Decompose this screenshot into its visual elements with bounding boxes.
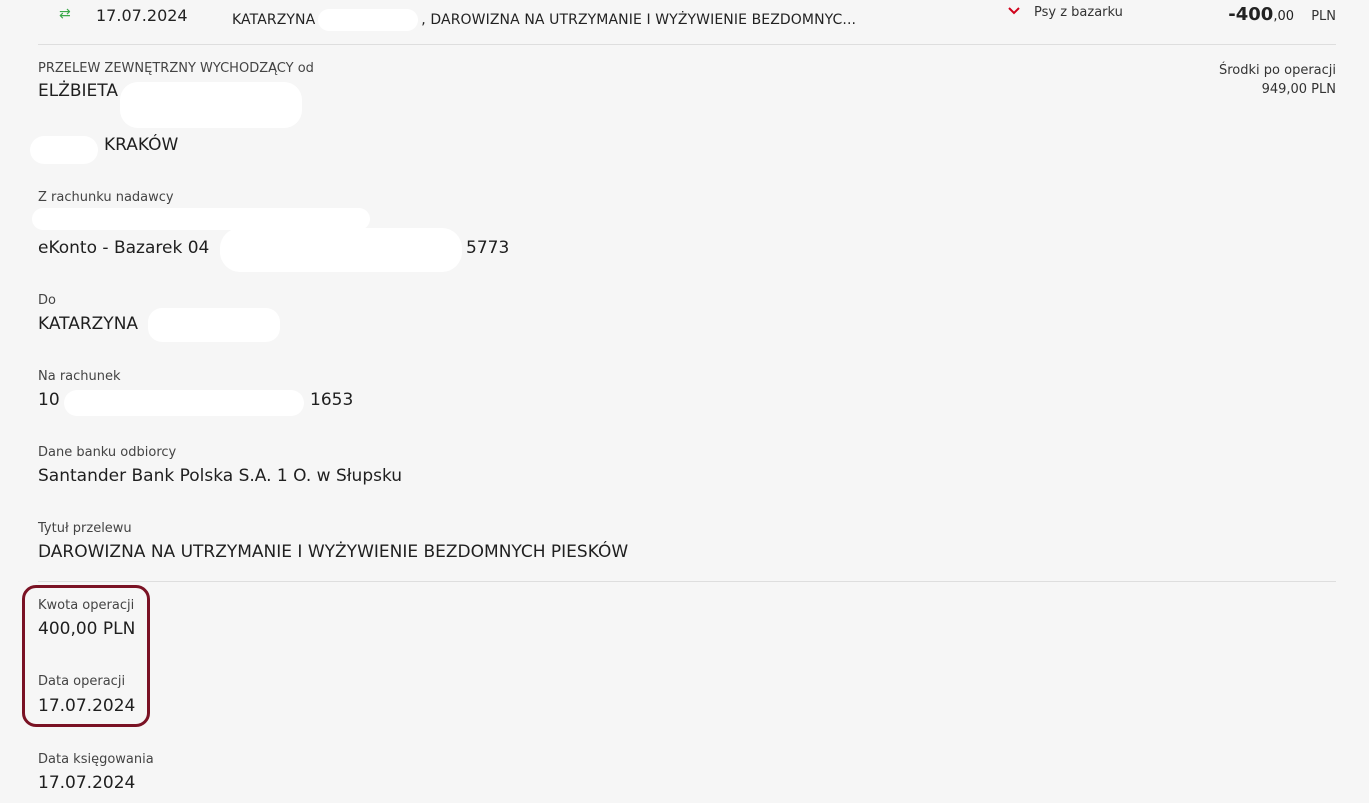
redacted-mask: [64, 390, 304, 416]
operation-date-label: Data operacji: [38, 674, 125, 689]
chevron-down-icon[interactable]: [1006, 2, 1022, 20]
amount-decimal: ,00: [1273, 9, 1294, 24]
booking-date-value: 17.07.2024: [38, 773, 135, 793]
balance-value: 949,00 PLN: [1262, 82, 1336, 97]
redacted-mask: [318, 9, 418, 31]
redacted-mask: [32, 208, 370, 230]
amount-integer: -400: [1228, 4, 1273, 25]
from-account-name: eKonto - Bazarek 04: [38, 238, 209, 258]
title-label: Tytuł przelewu: [38, 521, 132, 536]
bank-value: Santander Bank Polska S.A. 1 O. w Słupsk…: [38, 466, 402, 486]
transaction-amount: -400,00: [1228, 4, 1294, 25]
amount-label: Kwota operacji: [38, 598, 134, 613]
redacted-mask: [30, 136, 98, 164]
amount-currency: PLN: [1311, 9, 1336, 24]
from-account-label: Z rachunku nadawcy: [38, 190, 174, 205]
to-label: Do: [38, 293, 56, 308]
operation-date-value: 17.07.2024: [38, 696, 135, 716]
amount-value: 400,00 PLN: [38, 619, 135, 639]
bank-label: Dane banku odbiorcy: [38, 445, 176, 460]
from-account-suffix: 5773: [466, 238, 509, 258]
category-label: Psy z bazarku: [1034, 5, 1123, 20]
booking-date-label: Data księgowania: [38, 752, 154, 767]
row-divider: [38, 44, 1336, 45]
transaction-row[interactable]: ⇄ 17.07.2024 KATARZYNA, DAROWIZNA NA UTR…: [0, 0, 1369, 44]
transaction-title: KATARZYNA, DAROWIZNA NA UTRZYMANIE I WYŻ…: [232, 9, 856, 31]
balance-label: Środki po operacji: [1219, 63, 1336, 78]
to-account-label: Na rachunek: [38, 369, 121, 384]
to-account-suffix: 1653: [310, 390, 353, 410]
title-suffix: , DAROWIZNA NA UTRZYMANIE I WYŻYWIENIE B…: [421, 12, 856, 28]
redacted-mask: [220, 228, 462, 272]
recipient-name: KATARZYNA: [38, 314, 138, 334]
redacted-mask: [148, 308, 280, 342]
to-account-prefix: 10: [38, 390, 60, 410]
sender-name: ELŻBIETA: [38, 81, 118, 101]
title-prefix: KATARZYNA: [232, 12, 315, 28]
redacted-mask: [120, 82, 302, 128]
transfer-arrows-icon: ⇄: [59, 6, 75, 22]
sender-city: KRAKÓW: [104, 135, 178, 155]
transaction-date: 17.07.2024: [96, 6, 188, 25]
section-divider: [38, 581, 1336, 582]
transfer-type-label: PRZELEW ZEWNĘTRZNY WYCHODZĄCY od: [38, 61, 314, 76]
title-value: DAROWIZNA NA UTRZYMANIE I WYŻYWIENIE BEZ…: [38, 542, 628, 562]
